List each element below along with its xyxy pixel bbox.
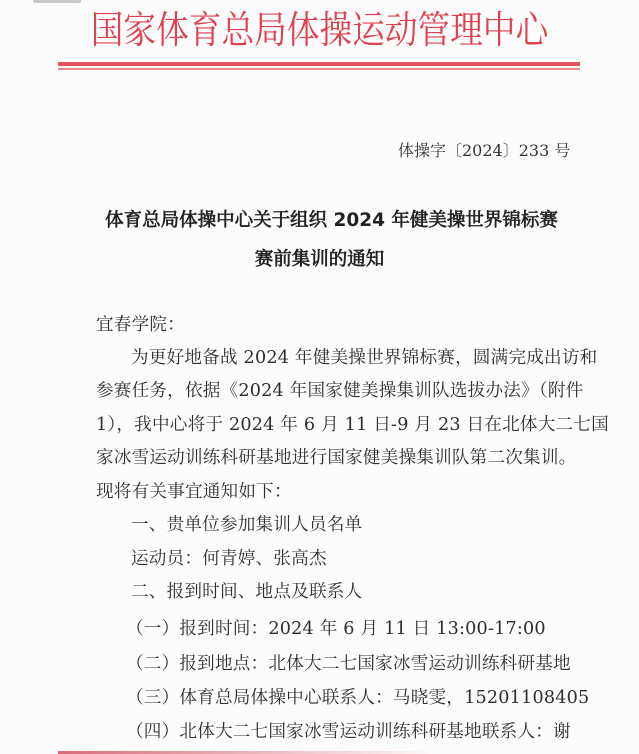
section-1-heading: 一、贵单位参加集训人员名单: [131, 514, 362, 536]
section-2-heading: 二、报到时间、地点及联系人: [131, 581, 362, 603]
base-contact-item: （四）北体大二七国家冰雪运动训练科研基地联系人：谢: [126, 721, 571, 743]
paragraph-line: 现将有关事宜通知如下：: [96, 481, 292, 503]
letterhead-org-name: 国家体育总局体操运动管理中心: [45, 4, 595, 56]
report-time-item: （一）报到时间：2024 年 6 月 11 日 13:00-17:00: [126, 618, 546, 640]
document-number: 体操字〔2024〕233 号: [398, 141, 570, 161]
paragraph-line: 家冰雪运动训练科研基地进行国家健美操集训队第二次集训。: [96, 447, 576, 469]
scan-edge-mark: [33, 0, 81, 3]
paragraph-line: 为更好地备战 2024 年健美操世界锦标赛，圆满完成出访和: [131, 347, 597, 369]
letterhead-red-rule: [58, 62, 580, 66]
letterhead-red-rule-thin: [58, 68, 580, 70]
athletes-list: 运动员：何青婷、张高杰: [131, 548, 327, 570]
paragraph-line: 1），我中心将于 2024 年 6 月 11 日-9 月 23 日在北体大二七国: [96, 414, 609, 436]
addressee: 宜春学院：: [96, 314, 185, 336]
document-page: 国家体育总局体操运动管理中心 体操字〔2024〕233 号 体育总局体操中心关于…: [0, 0, 639, 754]
notice-title-line-2: 赛前集训的通知: [0, 245, 639, 271]
paragraph-line: 参赛任务，依据《2024 年国家健美操集训队选拔办法》（附件: [96, 380, 583, 402]
report-location-item: （二）报到地点：北体大二七国家冰雪运动训练科研基地: [126, 653, 571, 675]
center-contact-item: （三）体育总局体操中心联系人：马晓雯，15201108405: [126, 687, 589, 709]
notice-title-line-1: 体育总局体操中心关于组织 2024 年健美操世界锦标赛: [12, 206, 639, 232]
